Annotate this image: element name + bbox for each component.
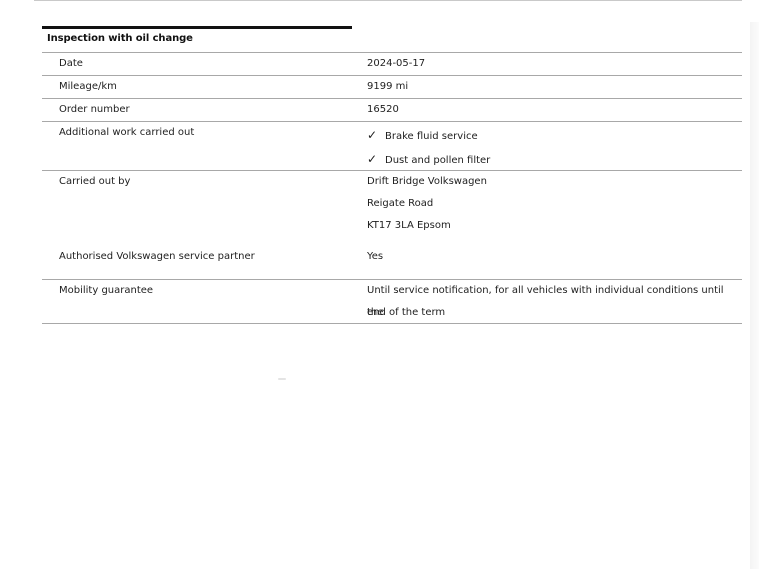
row-order-number: Order number 16520 <box>42 98 742 121</box>
order-number-value: 16520 <box>367 99 742 121</box>
date-value: 2024-05-17 <box>367 53 742 75</box>
section-title: Inspection with oil change <box>47 33 193 44</box>
carried-out-by-label: Carried out by <box>59 171 130 193</box>
row-authorised-partner: Authorised Volkswagen service partner Ye… <box>42 246 742 268</box>
mileage-value: 9199 mi <box>367 76 742 98</box>
dealer-street: Reigate Road <box>367 193 742 215</box>
checkmark-icon: ✓ <box>367 124 385 146</box>
order-number-label: Order number <box>59 99 130 121</box>
mobility-guarantee-label: Mobility guarantee <box>59 280 153 302</box>
service-record-table: Date 2024-05-17 Mileage/km 9199 mi Order… <box>42 52 742 324</box>
dealer-name: Drift Bridge Volkswagen <box>367 171 742 193</box>
row-date: Date 2024-05-17 <box>42 52 742 75</box>
row-mobility-guarantee: Mobility guarantee Until service notific… <box>42 279 742 324</box>
row-additional-work: Additional work carried out ✓Brake fluid… <box>42 121 742 170</box>
authorised-partner-value: Yes <box>367 246 742 268</box>
checkmark-icon: ✓ <box>367 148 385 170</box>
mileage-label: Mileage/km <box>59 76 117 98</box>
mobility-guarantee-value-line-1: Until service notification, for all vehi… <box>367 280 742 302</box>
additional-work-item: ✓Dust and pollen filter <box>367 148 742 172</box>
mobility-guarantee-value-line-2: end of the term <box>367 302 742 324</box>
authorised-partner-label: Authorised Volkswagen service partner <box>59 246 255 268</box>
additional-work-label: Additional work carried out <box>59 122 194 144</box>
row-mileage: Mileage/km 9199 mi <box>42 75 742 98</box>
additional-work-item: ✓Brake fluid service <box>367 124 742 148</box>
date-label: Date <box>59 53 83 75</box>
section-rule <box>42 26 352 29</box>
page-edge <box>750 22 759 569</box>
row-carried-out-by: Carried out by Drift Bridge Volkswagen R… <box>42 170 742 279</box>
dealer-postcode-city: KT17 3LA Epsom <box>367 215 742 237</box>
top-divider <box>34 0 742 1</box>
scan-artifact <box>278 378 286 380</box>
